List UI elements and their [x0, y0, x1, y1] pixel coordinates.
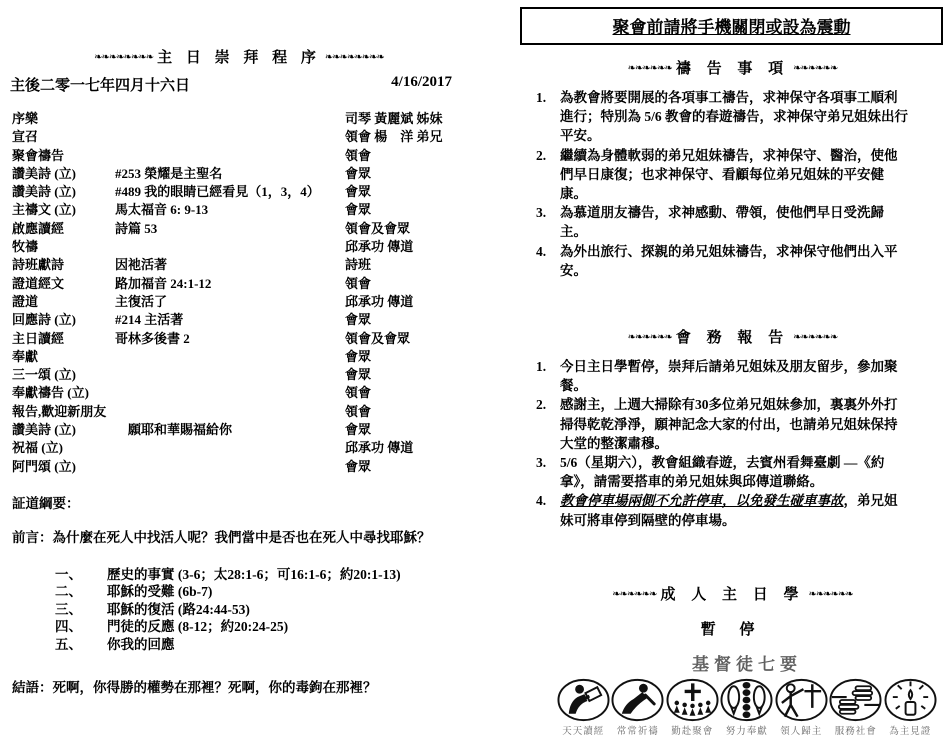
program-detail: [115, 403, 345, 421]
program-row: 主日讀經 哥林多後書 2 領會及會眾: [12, 330, 468, 348]
item-text: 教會停車場兩側不允許停車，以免發生碰車事故，弟兄姐妹可將車停到隔壁的停車場。: [560, 491, 910, 529]
worship-program-list: 序樂 司琴 黃麗斌 姊妹 宣召 領會 楊 洋 弟兄 聚會禱告 領會 讚美詩 (立…: [12, 110, 468, 476]
page-title: 主 日 崇 拜 程 序: [157, 50, 321, 66]
scroll-decor-icon: ❧❧❧❧❧❧: [628, 63, 672, 74]
program-detail: #214 主活著: [115, 311, 345, 329]
program-leader: 會眾: [345, 201, 468, 219]
sermon-point: 二、 耶穌的受難 (6b-7): [55, 583, 401, 600]
item-number: 2.: [536, 395, 560, 453]
seven-essentials-icons-row: 天天讀經 常常祈禱: [556, 678, 938, 737]
point-text: 你我的回應: [107, 636, 175, 653]
sermon-conclusion: 結語：死啊，你得勝的權勢在那裡？死啊，你的毒鉤在那裡？: [12, 676, 468, 696]
program-row: 證道 主復活了 邱承功 傳道: [12, 293, 468, 311]
sermon-point: 三、 耶穌的復活 (路24:44-53): [55, 601, 401, 618]
seven-essentials-block: 基督徒七要 天天讀經 常常祈禱: [556, 650, 938, 737]
program-leader: 領會: [345, 403, 468, 421]
prayer-item: 4. 為外出旅行、探親的弟兄姐妹禱告，求神保守他們出入平安。: [536, 242, 936, 280]
point-number: 五、: [55, 636, 107, 653]
prayer-items-list: 1. 為教會將要開展的各項事工禱告，求神保守各項事工順利進行；特別為 5/6 教…: [536, 88, 936, 280]
sermon-points-list: 一、 歷史的事實 (3-6；太28:1-6；可16:1-6；約20:1-13) …: [55, 566, 401, 653]
program-detail: [115, 348, 345, 366]
program-row: 主禱文 (立) 馬太福音 6: 9-13 會眾: [12, 201, 468, 219]
scroll-decor-icon: ❧❧❧❧❧❧: [793, 332, 837, 343]
scroll-decor-icon: ❧❧❧❧❧❧: [793, 63, 837, 74]
program-leader: 會眾: [345, 165, 468, 183]
sermon-point: 五、 你我的回應: [55, 636, 401, 653]
seven-cell-witness: 為主見證: [883, 678, 938, 737]
seven-label: 天天讀經: [556, 723, 611, 737]
bulletin-left-page: ❧❧❧❧❧❧❧❧ 主 日 崇 拜 程 序 ❧❧❧❧❧❧❧❧ 主後二零一七年四月十…: [10, 0, 468, 745]
program-item: 三一頌 (立): [12, 366, 115, 384]
point-number: 三、: [55, 601, 107, 618]
point-number: 一、: [55, 566, 107, 583]
program-item: 啟應讀經: [12, 220, 115, 238]
seven-label: 服務社會: [829, 723, 884, 737]
program-item: 奉獻: [12, 348, 115, 366]
sermon-point: 四、 門徒的反應 (8-12；約20:24-25): [55, 618, 401, 635]
lead-to-cross-icon: [775, 678, 828, 722]
program-item: 宣召: [12, 128, 115, 146]
sunday-school-status: 暫 停: [520, 618, 945, 639]
report-item: 2. 感謝主，上週大掃除有30多位弟兄姐妹參加，裏裏外外打掃得乾乾淨淨，願神記念…: [536, 395, 936, 453]
program-detail: 哥林多後書 2: [115, 330, 345, 348]
item-number: 3.: [536, 203, 560, 241]
program-row: 阿門頌 (立) 會眾: [12, 458, 468, 476]
program-detail: 路加福音 24:1-12: [115, 275, 345, 293]
program-leader: 邱承功 傳道: [345, 238, 468, 256]
program-row: 三一頌 (立) 會眾: [12, 366, 468, 384]
item-text: 為教會將要開展的各項事工禱告，求神保守各項事工順利進行；特別為 5/6 教會的春…: [560, 88, 910, 146]
report-item: 3. 5/6（星期六），教會組織春遊，去賓州看舞臺劇 —《約拿》，請需要搭車的弟…: [536, 453, 936, 491]
reading-bible-icon: [557, 678, 610, 722]
prayer-section-heading: ❧❧❧❧❧❧ 禱 告 事 項 ❧❧❧❧❧❧: [520, 57, 945, 78]
item-number: 4.: [536, 491, 560, 529]
report-title: 會 務 報 告: [676, 330, 789, 346]
program-item: 詩班獻詩: [12, 256, 115, 274]
program-detail: 馬太福音 6: 9-13: [115, 201, 345, 219]
program-detail: #489 我的眼睛已經看見（1，3，4）: [115, 183, 345, 201]
program-row: 詩班獻詩 因祂活著 詩班: [12, 256, 468, 274]
bulletin-right-page: 聚會前請將手機關閉或設為震動 ❧❧❧❧❧❧ 禱 告 事 項 ❧❧❧❧❧❧ 1. …: [520, 0, 945, 745]
praying-icon: [611, 678, 664, 722]
program-detail: [115, 147, 345, 165]
program-leader: 會眾: [345, 183, 468, 201]
program-leader: 邱承功 傳道: [345, 293, 468, 311]
assembly-cross-icon: [666, 678, 719, 722]
prayer-item: 3. 為慕道朋友禱告，求神感動、帶領，使他們早日受洗歸主。: [536, 203, 936, 241]
program-item: 序樂: [12, 110, 115, 128]
scroll-decor-icon: ❧❧❧❧❧❧: [612, 589, 656, 600]
program-row: 聚會禱告 領會: [12, 147, 468, 165]
program-detail: [115, 238, 345, 256]
seven-essentials-title: 基督徒七要: [556, 650, 938, 675]
program-row: 讚美詩 (立) #253 榮耀是主聖名 會眾: [12, 165, 468, 183]
program-detail: [115, 384, 345, 402]
point-text: 耶穌的受難 (6b-7): [107, 583, 212, 600]
item-text: 繼續為身體軟弱的弟兄姐妹禱告，求神保守、醫治，使他們早日康復；也求神保守、看顧每…: [560, 146, 910, 204]
seven-cell-serve: 服務社會: [829, 678, 884, 737]
seven-label: 常常祈禱: [611, 723, 666, 737]
program-detail: 詩篇 53: [115, 220, 345, 238]
seven-cell-lead: 領人歸主: [774, 678, 829, 737]
point-text: 耶穌的復活 (路24:44-53): [107, 601, 250, 618]
scroll-decor-icon: ❧❧❧❧❧❧❧❧: [325, 52, 384, 63]
item-number: 4.: [536, 242, 560, 280]
program-item: 阿門頌 (立): [12, 458, 115, 476]
program-item: 祝福 (立): [12, 439, 115, 457]
program-row: 奉獻 會眾: [12, 348, 468, 366]
point-text: 歷史的事實 (3-6；太28:1-6；可16:1-6；約20:1-13): [107, 566, 401, 583]
program-detail: [115, 458, 345, 476]
program-row: 證道經文 路加福音 24:1-12 領會: [12, 275, 468, 293]
program-leader: 詩班: [345, 256, 468, 274]
program-leader: 領會: [345, 275, 468, 293]
item-number: 1.: [536, 357, 560, 395]
program-item: 牧禱: [12, 238, 115, 256]
program-detail: [115, 128, 345, 146]
seven-cell-assemble: 勤赴聚會: [665, 678, 720, 737]
program-leader: 會眾: [345, 421, 468, 439]
seven-cell-read: 天天讀經: [556, 678, 611, 737]
phone-notice-box: 聚會前請將手機關閉或設為震動: [520, 7, 943, 45]
program-item: 證道經文: [12, 275, 115, 293]
program-item: 證道: [12, 293, 115, 311]
program-row: 讚美詩 (立) #489 我的眼睛已經看見（1，3，4） 會眾: [12, 183, 468, 201]
program-item: 奉獻禱告 (立): [12, 384, 115, 402]
program-leader: 邱承功 傳道: [345, 439, 468, 457]
item-number: 1.: [536, 88, 560, 146]
prayer-title: 禱 告 事 項: [676, 61, 789, 77]
program-item: 主日讀經: [12, 330, 115, 348]
program-row: 宣召 領會 楊 洋 弟兄: [12, 128, 468, 146]
sermon-point: 一、 歷史的事實 (3-6；太28:1-6；可16:1-6；約20:1-13): [55, 566, 401, 583]
date-row: 主後二零一七年四月十六日 4/16/2017: [10, 74, 452, 95]
program-leader: 領會 楊 洋 弟兄: [345, 128, 468, 146]
point-text: 門徒的反應 (8-12；約20:24-25): [107, 618, 288, 635]
program-detail: 主復活了: [115, 293, 345, 311]
scroll-decor-icon: ❧❧❧❧❧❧: [628, 332, 672, 343]
point-number: 四、: [55, 618, 107, 635]
seven-label: 勤赴聚會: [665, 723, 720, 737]
report-item: 4. 教會停車場兩側不允許停車，以免發生碰車事故，弟兄姐妹可將車停到隔壁的停車場…: [536, 491, 936, 529]
seven-cell-pray: 常常祈禱: [611, 678, 666, 737]
program-detail: 因祂活著: [115, 256, 345, 274]
program-detail: [115, 439, 345, 457]
program-item: 主禱文 (立): [12, 201, 115, 219]
date-chinese: 主後二零一七年四月十六日: [10, 74, 190, 95]
program-row: 祝福 (立) 邱承功 傳道: [12, 439, 468, 457]
item-text: 為慕道朋友禱告，求神感動、帶領，使他們早日受洗歸主。: [560, 203, 910, 241]
program-row: 奉獻禱告 (立) 領會: [12, 384, 468, 402]
program-leader: 會眾: [345, 458, 468, 476]
program-item: 報告,歡迎新朋友: [12, 403, 115, 421]
fish-loaves-icon: [720, 678, 773, 722]
seven-cell-offer: 努力奉獻: [720, 678, 775, 737]
point-number: 二、: [55, 583, 107, 600]
scroll-decor-icon: ❧❧❧❧❧❧❧❧: [94, 52, 153, 63]
item-number: 3.: [536, 453, 560, 491]
item-text: 今日主日學暫停，崇拜后請弟兄姐妹及朋友留步，參加聚餐。: [560, 357, 910, 395]
program-leader: 會眾: [345, 366, 468, 384]
worship-order-title-row: ❧❧❧❧❧❧❧❧ 主 日 崇 拜 程 序 ❧❧❧❧❧❧❧❧: [10, 46, 468, 67]
prayer-item: 1. 為教會將要開展的各項事工禱告，求神保守各項事工順利進行；特別為 5/6 教…: [536, 88, 936, 146]
report-section-heading: ❧❧❧❧❧❧ 會 務 報 告 ❧❧❧❧❧❧: [520, 326, 945, 347]
report-items-list: 1. 今日主日學暫停，崇拜后請弟兄姐妹及朋友留步，參加聚餐。 2. 感謝主，上週…: [536, 357, 936, 530]
item-text: 5/6（星期六），教會組織春遊，去賓州看舞臺劇 —《約拿》，請需要搭車的弟兄姐妹…: [560, 453, 910, 491]
program-row: 牧禱 邱承功 傳道: [12, 238, 468, 256]
program-detail: [115, 366, 345, 384]
program-row: 報告,歡迎新朋友 領會: [12, 403, 468, 421]
program-item: 讚美詩 (立): [12, 165, 115, 183]
program-detail: 願耶和華賜福給你: [115, 421, 345, 439]
program-item: 聚會禱告: [12, 147, 115, 165]
seven-label: 領人歸主: [774, 723, 829, 737]
program-item: 讚美詩 (立): [12, 183, 115, 201]
program-leader: 會眾: [345, 311, 468, 329]
sermon-outline-heading: 証道綱要：: [12, 492, 80, 512]
program-leader: 領會及會眾: [345, 330, 468, 348]
program-row: 回應詩 (立) #214 主活著 會眾: [12, 311, 468, 329]
candle-witness-icon: [884, 678, 937, 722]
program-leader: 司琴 黃麗斌 姊妹: [345, 110, 468, 128]
program-row: 啟應讀經 詩篇 53 領會及會眾: [12, 220, 468, 238]
program-detail: [115, 110, 345, 128]
program-item: 讚美詩 (立): [12, 421, 115, 439]
seven-label: 為主見證: [883, 723, 938, 737]
serving-hands-icon: [829, 678, 882, 722]
date-numeric: 4/16/2017: [391, 74, 452, 95]
item-number: 2.: [536, 146, 560, 204]
sermon-preface: 前言：為什麼在死人中找活人呢？我們當中是否也在死人中尋找耶穌？: [12, 526, 468, 546]
program-leader: 會眾: [345, 348, 468, 366]
program-detail: #253 榮耀是主聖名: [115, 165, 345, 183]
program-item: 回應詩 (立): [12, 311, 115, 329]
item-text: 為外出旅行、探親的弟兄姐妹禱告，求神保守他們出入平安。: [560, 242, 910, 280]
phone-notice-text: 聚會前請將手機關閉或設為震動: [613, 18, 851, 37]
sunday-school-title: 成 人 主 日 學: [660, 587, 804, 603]
report-item: 1. 今日主日學暫停，崇拜后請弟兄姐妹及朋友留步，參加聚餐。: [536, 357, 936, 395]
item-text: 感謝主，上週大掃除有30多位弟兄姐妹參加，裏裏外外打掃得乾乾淨淨，願神記念大家的…: [560, 395, 910, 453]
program-leader: 領會: [345, 384, 468, 402]
prayer-item: 2. 繼續為身體軟弱的弟兄姐妹禱告，求神保守、醫治，使他們早日康復；也求神保守、…: [536, 146, 936, 204]
program-row: 讚美詩 (立) 願耶和華賜福給你 會眾: [12, 421, 468, 439]
sunday-school-heading: ❧❧❧❧❧❧ 成 人 主 日 學 ❧❧❧❧❧❧: [520, 583, 945, 604]
seven-label: 努力奉獻: [720, 723, 775, 737]
program-row: 序樂 司琴 黃麗斌 姊妹: [12, 110, 468, 128]
program-leader: 領會: [345, 147, 468, 165]
program-leader: 領會及會眾: [345, 220, 468, 238]
scroll-decor-icon: ❧❧❧❧❧❧: [809, 589, 853, 600]
